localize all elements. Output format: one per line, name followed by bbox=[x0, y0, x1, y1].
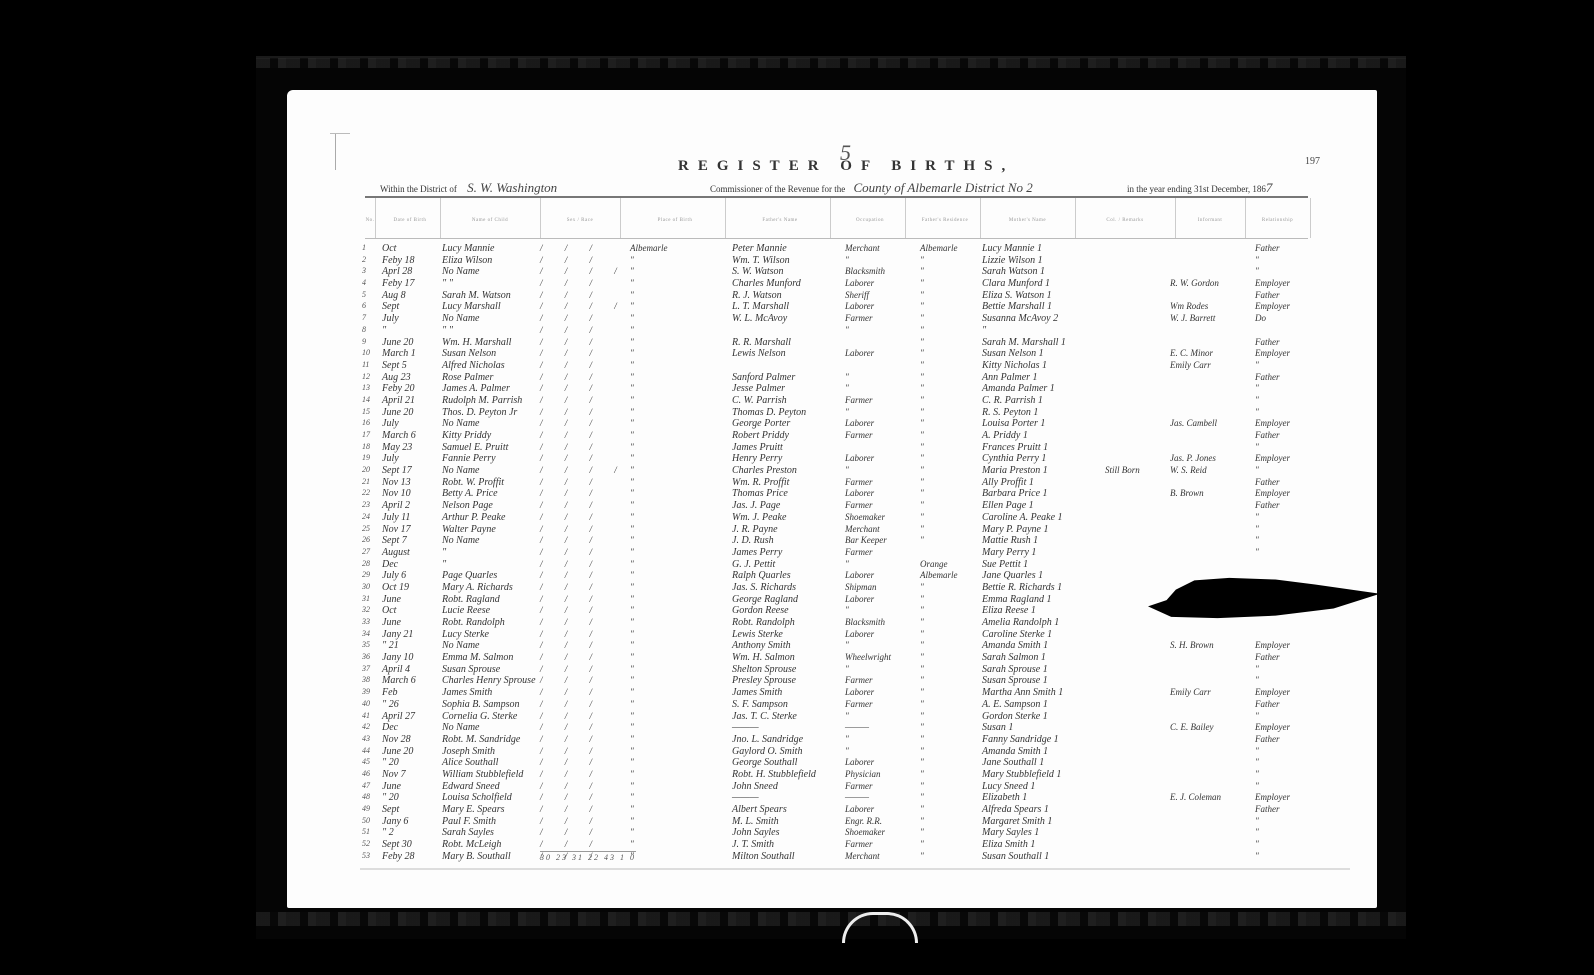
cell-father: L. T. Marshall bbox=[732, 301, 789, 312]
cell-mother: Amanda Palmer 1 bbox=[982, 383, 1055, 394]
cell-father: Ralph Quarles bbox=[732, 570, 791, 581]
cell-occ: Farmer bbox=[845, 839, 873, 849]
register-row: 41April 27Cornelia G. Sterke/ / /"Jas. T… bbox=[360, 711, 1320, 723]
cell-marks: / / / bbox=[540, 290, 602, 300]
register-row: 5Aug 8Sarah M. Watson/ / /"R. J. WatsonS… bbox=[360, 290, 1320, 302]
cell-place: Albemarle bbox=[630, 243, 668, 253]
cell-res: " bbox=[920, 500, 924, 510]
cell-res: " bbox=[920, 792, 924, 802]
cell-mother: Mary Stubblefield 1 bbox=[982, 769, 1061, 780]
cell-place: " bbox=[630, 500, 634, 510]
cell-occ: Blacksmith bbox=[845, 266, 885, 276]
cell-father: Robt. H. Stubblefield bbox=[732, 769, 816, 780]
cell-no: 51 bbox=[362, 827, 376, 836]
cell-res: " bbox=[920, 255, 924, 265]
cell-father: Jas. T. C. Sterke bbox=[732, 711, 797, 722]
cell-date: April 2 bbox=[382, 500, 410, 511]
cell-mother: Louisa Porter 1 bbox=[982, 418, 1045, 429]
cell-inf: E. J. Coleman bbox=[1170, 792, 1221, 802]
cell-no: 50 bbox=[362, 816, 376, 825]
cell-inf: Jas. Cambell bbox=[1170, 418, 1217, 428]
cell-mother: Frances Pruitt 1 bbox=[982, 442, 1048, 453]
scan-edge-noise-bottom bbox=[256, 912, 1406, 926]
cell-date: July bbox=[382, 418, 399, 429]
cell-no: 34 bbox=[362, 629, 376, 638]
cell-place: " bbox=[630, 266, 634, 276]
cell-occ: Shoemaker bbox=[845, 512, 885, 522]
cell-father: J. T. Smith bbox=[732, 839, 774, 850]
register-row: 39FebJames Smith/ / /"James SmithLaborer… bbox=[360, 687, 1320, 699]
cell-mother: " bbox=[982, 325, 986, 336]
cell-mother: Susan Sprouse 1 bbox=[982, 675, 1048, 686]
cell-occ: Laborer bbox=[845, 757, 874, 767]
cell-mother: Clara Munford 1 bbox=[982, 278, 1050, 289]
cell-res: " bbox=[920, 711, 924, 721]
cell-occ: Laborer bbox=[845, 418, 874, 428]
cell-marks: / / / bbox=[540, 734, 602, 744]
cell-res: " bbox=[920, 383, 924, 393]
cell-occ: Laborer bbox=[845, 348, 874, 358]
cell-res: " bbox=[920, 488, 924, 498]
cell-place: " bbox=[630, 675, 634, 685]
register-row: 35" 21No Name/ / /"Anthony Smith""Amanda… bbox=[360, 640, 1320, 652]
cell-no: 38 bbox=[362, 675, 376, 684]
cell-place: " bbox=[630, 418, 634, 428]
cell-no: 6 bbox=[362, 301, 376, 310]
cell-name: Betty A. Price bbox=[442, 488, 498, 499]
cell-marks: / / / bbox=[540, 243, 602, 253]
cell-inf: W. J. Barrett bbox=[1170, 313, 1215, 323]
commissioner-label: Commissioner of the Revenue for the Coun… bbox=[710, 180, 1033, 196]
cell-marks: / / / bbox=[540, 769, 602, 779]
cell-date: July bbox=[382, 453, 399, 464]
cell-marks: / / / bbox=[540, 559, 602, 569]
cell-name: Sophia B. Sampson bbox=[442, 699, 520, 710]
cell-name: No Name bbox=[442, 722, 480, 733]
district-label-text: Within the District of bbox=[380, 184, 457, 194]
cell-father: R. R. Marshall bbox=[732, 337, 791, 348]
cell-res: " bbox=[920, 769, 924, 779]
cell-res: " bbox=[920, 781, 924, 791]
cell-marks: / / / / bbox=[540, 266, 627, 276]
cell-occ: Laborer bbox=[845, 804, 874, 814]
cell-rel: Employer bbox=[1255, 640, 1290, 650]
register-row: 51" 2Sarah Sayles/ / /"John SaylesShoema… bbox=[360, 827, 1320, 839]
cell-name: Mary A. Richards bbox=[442, 582, 513, 593]
register-row: 16JulyNo Name/ / /"George PorterLaborer"… bbox=[360, 418, 1320, 430]
cell-name: Wm. H. Marshall bbox=[442, 337, 511, 348]
cell-marks: / / / bbox=[540, 781, 602, 791]
column-divider bbox=[905, 198, 906, 238]
cell-date: " bbox=[382, 325, 386, 336]
cell-rel: Father bbox=[1255, 500, 1280, 510]
cell-inf: R. W. Gordon bbox=[1170, 278, 1219, 288]
cell-rel: " bbox=[1255, 266, 1259, 276]
cell-place: " bbox=[630, 290, 634, 300]
cell-rel: Employer bbox=[1255, 792, 1290, 802]
cell-date: March 1 bbox=[382, 348, 416, 359]
cell-rel: Father bbox=[1255, 699, 1280, 709]
cell-occ: Laborer bbox=[845, 488, 874, 498]
cell-occ: " bbox=[845, 734, 849, 744]
cell-name: Edward Sneed bbox=[442, 781, 500, 792]
cell-mother: Sarah Salmon 1 bbox=[982, 652, 1046, 663]
register-row: 7JulyNo Name/ / /"W. L. McAvoyFarmer"Sus… bbox=[360, 313, 1320, 325]
cell-mother: Barbara Price 1 bbox=[982, 488, 1048, 499]
cell-name: No Name bbox=[442, 535, 480, 546]
cell-inf: Jas. P. Jones bbox=[1170, 453, 1216, 463]
cell-father: W. L. McAvoy bbox=[732, 313, 787, 324]
register-row: 49SeptMary E. Spears/ / /"Albert SpearsL… bbox=[360, 804, 1320, 816]
cell-rel: " bbox=[1255, 442, 1259, 452]
cell-name: Samuel E. Pruitt bbox=[442, 442, 508, 453]
cell-occ: " bbox=[845, 407, 849, 417]
cell-marks: / / / bbox=[540, 570, 602, 580]
cell-occ: Farmer bbox=[845, 477, 873, 487]
cell-marks: / / / / bbox=[540, 301, 627, 311]
cell-date: June 20 bbox=[382, 407, 413, 418]
cell-no: 22 bbox=[362, 488, 376, 497]
register-row: 37April 4Susan Sprouse/ / /"Shelton Spro… bbox=[360, 664, 1320, 676]
cell-father: R. J. Watson bbox=[732, 290, 782, 301]
register-row: 8"" "/ / /"""" bbox=[360, 325, 1320, 337]
cell-name: Sarah Sayles bbox=[442, 827, 494, 838]
cell-date: Nov 13 bbox=[382, 477, 411, 488]
cell-place: " bbox=[630, 278, 634, 288]
cell-father: J. D. Rush bbox=[732, 535, 774, 546]
cell-no: 43 bbox=[362, 734, 376, 743]
cell-place: " bbox=[630, 711, 634, 721]
cell-father: John Sneed bbox=[732, 781, 778, 792]
cell-father: ——— bbox=[732, 792, 759, 803]
cell-occ: Farmer bbox=[845, 699, 873, 709]
cell-marks: / / / bbox=[540, 757, 602, 767]
cell-name: Rudolph M. Parrish bbox=[442, 395, 522, 406]
cell-name: Sarah M. Watson bbox=[442, 290, 511, 301]
cell-name: Lucie Reese bbox=[442, 605, 490, 616]
cell-no: 19 bbox=[362, 453, 376, 462]
cell-name: Lucy Sterke bbox=[442, 629, 489, 640]
cell-occ: ——— bbox=[845, 722, 869, 732]
cell-occ: Farmer bbox=[845, 675, 873, 685]
cell-name: Alice Southall bbox=[442, 757, 498, 768]
cell-no: 20 bbox=[362, 465, 376, 474]
cell-father: Robt. Randolph bbox=[732, 617, 795, 628]
cell-occ: Farmer bbox=[845, 547, 873, 557]
cell-no: 32 bbox=[362, 605, 376, 614]
cell-date: June 20 bbox=[382, 337, 413, 348]
column-divider bbox=[375, 198, 376, 238]
cell-no: 10 bbox=[362, 348, 376, 357]
cell-marks: / / / bbox=[540, 313, 602, 323]
cell-place: " bbox=[630, 640, 634, 650]
cell-name: No Name bbox=[442, 465, 480, 476]
cell-no: 13 bbox=[362, 383, 376, 392]
cell-name: Susan Nelson bbox=[442, 348, 496, 359]
cell-occ: Farmer bbox=[845, 395, 873, 405]
cell-place: " bbox=[630, 488, 634, 498]
cell-res: " bbox=[920, 313, 924, 323]
register-row: 3Aprl 28No Name/ / / /"S. W. WatsonBlack… bbox=[360, 266, 1320, 278]
cell-occ: Sheriff bbox=[845, 290, 869, 300]
cell-marks: / / / bbox=[540, 839, 602, 849]
cell-marks: / / / bbox=[540, 453, 602, 463]
cell-father: Presley Sprouse bbox=[732, 675, 796, 686]
cell-mother: Lucy Sneed 1 bbox=[982, 781, 1035, 792]
footer-rule bbox=[360, 868, 1350, 870]
cell-date: Feby 17 bbox=[382, 278, 415, 289]
year-value: 7 bbox=[1266, 180, 1273, 195]
cell-father: Jas. J. Page bbox=[732, 500, 780, 511]
cell-date: Aug 23 bbox=[382, 372, 411, 383]
cell-occ: ——— bbox=[845, 792, 869, 802]
cell-date: Aug 8 bbox=[382, 290, 406, 301]
cell-res: " bbox=[920, 827, 924, 837]
cell-marks: / / / bbox=[540, 255, 602, 265]
cell-name: " " bbox=[442, 325, 453, 336]
cell-occ: Laborer bbox=[845, 687, 874, 697]
cell-date: Oct 19 bbox=[382, 582, 409, 593]
register-row: 1OctLucy Mannie/ / /AlbemarlePeter Manni… bbox=[360, 243, 1320, 255]
register-row: 34Jany 21Lucy Sterke/ / /"Lewis SterkeLa… bbox=[360, 629, 1320, 641]
cell-no: 8 bbox=[362, 325, 376, 334]
cell-place: " bbox=[630, 804, 634, 814]
column-header: Date of Birth bbox=[380, 203, 440, 237]
cell-mother: Eliza Reese 1 bbox=[982, 605, 1036, 616]
cell-father: Jesse Palmer bbox=[732, 383, 785, 394]
column-header: Relationship bbox=[1245, 203, 1310, 237]
cell-res: " bbox=[920, 430, 924, 440]
cell-rel: " bbox=[1255, 839, 1259, 849]
cell-res: " bbox=[920, 722, 924, 732]
cell-res: " bbox=[920, 640, 924, 650]
cell-place: " bbox=[630, 313, 634, 323]
cell-name: Thos. D. Peyton Jr bbox=[442, 407, 517, 418]
register-row: 52Sept 30Robt. McLeigh/ / /"J. T. SmithF… bbox=[360, 839, 1320, 851]
cell-place: " bbox=[630, 372, 634, 382]
cell-date: " 20 bbox=[382, 792, 399, 803]
cell-date: Feby 28 bbox=[382, 851, 415, 862]
cell-date: April 27 bbox=[382, 711, 415, 722]
cell-occ: Wheelwright bbox=[845, 652, 891, 662]
cell-date: Jany 6 bbox=[382, 816, 408, 827]
cell-name: No Name bbox=[442, 418, 480, 429]
cell-res: " bbox=[920, 442, 924, 452]
cell-marks: / / / bbox=[540, 535, 602, 545]
cell-res: " bbox=[920, 605, 924, 615]
register-row: 28Dec"/ / /"G. J. Pettit"OrangeSue Petti… bbox=[360, 559, 1320, 571]
cell-occ: " bbox=[845, 605, 849, 615]
cell-rel: Employer bbox=[1255, 453, 1290, 463]
cell-rel: Father bbox=[1255, 652, 1280, 662]
cell-res: " bbox=[920, 477, 924, 487]
cell-date: " 26 bbox=[382, 699, 399, 710]
cell-father: James Pruitt bbox=[732, 442, 783, 453]
cell-place: " bbox=[630, 839, 634, 849]
column-header: Name of Child bbox=[440, 203, 540, 237]
cell-no: 9 bbox=[362, 337, 376, 346]
cell-place: " bbox=[630, 652, 634, 662]
column-divider bbox=[1310, 198, 1311, 238]
register-row: 2Feby 18Eliza Wilson/ / /"Wm. T. Wilson"… bbox=[360, 255, 1320, 267]
column-header: Sex / Race bbox=[540, 203, 620, 237]
register-row: 50Jany 6Paul F. Smith/ / /"M. L. SmithEn… bbox=[360, 816, 1320, 828]
cell-name: Alfred Nicholas bbox=[442, 360, 505, 371]
cell-date: Oct bbox=[382, 243, 396, 254]
cell-father: Wm. R. Proffit bbox=[732, 477, 789, 488]
cell-marks: / / / bbox=[540, 711, 602, 721]
cell-mother: Margaret Smith 1 bbox=[982, 816, 1052, 827]
cell-name: Robt. Randolph bbox=[442, 617, 505, 628]
cell-place: " bbox=[630, 383, 634, 393]
cell-marks: / / / bbox=[540, 337, 602, 347]
cell-date: Sept 17 bbox=[382, 465, 412, 476]
register-row: 29July 6Page Quarles/ / /"Ralph QuarlesL… bbox=[360, 570, 1320, 582]
header-rule-lower bbox=[365, 238, 1308, 239]
cell-place: " bbox=[630, 547, 634, 557]
cell-mother: A. E. Sampson 1 bbox=[982, 699, 1048, 710]
cell-occ: Laborer bbox=[845, 570, 874, 580]
cell-no: 44 bbox=[362, 746, 376, 755]
register-row: 21Nov 13Robt. W. Proffit/ / /"Wm. R. Pro… bbox=[360, 477, 1320, 489]
cell-name: Charles Henry Sprouse bbox=[442, 675, 536, 686]
cell-rel: Do bbox=[1255, 313, 1266, 323]
cell-no: 1 bbox=[362, 243, 376, 252]
cell-place: " bbox=[630, 325, 634, 335]
district-value: S. W. Washington bbox=[467, 180, 557, 195]
cell-occ: " bbox=[845, 640, 849, 650]
cell-rel: " bbox=[1255, 512, 1259, 522]
register-row: 12Aug 23Rose Palmer/ / /"Sanford Palmer"… bbox=[360, 372, 1320, 384]
cell-no: 21 bbox=[362, 477, 376, 486]
cell-father: S. W. Watson bbox=[732, 266, 784, 277]
cell-mother: Amanda Smith 1 bbox=[982, 640, 1048, 651]
cell-res: " bbox=[920, 816, 924, 826]
cell-place: " bbox=[630, 512, 634, 522]
cell-mother: Susanna McAvoy 2 bbox=[982, 313, 1058, 324]
cell-marks: / / / bbox=[540, 629, 602, 639]
scan-edge-noise-top bbox=[256, 58, 1406, 68]
cell-father: Peter Mannie bbox=[732, 243, 787, 254]
cell-no: 12 bbox=[362, 372, 376, 381]
cell-occ: Farmer bbox=[845, 500, 873, 510]
cell-place: " bbox=[630, 781, 634, 791]
cell-rel: " bbox=[1255, 465, 1259, 475]
cell-mother: Lucy Mannie 1 bbox=[982, 243, 1042, 254]
cell-place: " bbox=[630, 605, 634, 615]
register-row: 44June 20Joseph Smith/ / /"Gaylord O. Sm… bbox=[360, 746, 1320, 758]
cell-rel: " bbox=[1255, 769, 1259, 779]
cell-place: " bbox=[630, 360, 634, 370]
register-row: 10March 1Susan Nelson/ / /"Lewis NelsonL… bbox=[360, 348, 1320, 360]
cell-date: Sept 7 bbox=[382, 535, 407, 546]
cell-place: " bbox=[630, 617, 634, 627]
cell-name: Page Quarles bbox=[442, 570, 497, 581]
cell-no: 45 bbox=[362, 757, 376, 766]
cell-father: Charles Munford bbox=[732, 278, 801, 289]
cell-rel: " bbox=[1255, 383, 1259, 393]
cell-occ: " bbox=[845, 746, 849, 756]
cell-date: Sept 5 bbox=[382, 360, 407, 371]
cell-father: George Southall bbox=[732, 757, 797, 768]
cell-rel: Employer bbox=[1255, 278, 1290, 288]
cell-occ: Farmer bbox=[845, 781, 873, 791]
cell-place: " bbox=[630, 442, 634, 452]
cell-name: Rose Palmer bbox=[442, 372, 493, 383]
cell-date: Feby 18 bbox=[382, 255, 415, 266]
cell-place: " bbox=[630, 594, 634, 604]
cell-rel: Employer bbox=[1255, 687, 1290, 697]
cell-mother: R. S. Peyton 1 bbox=[982, 407, 1038, 418]
cell-name: James A. Palmer bbox=[442, 383, 510, 394]
cell-place: " bbox=[630, 453, 634, 463]
cell-marks: / / / bbox=[540, 348, 602, 358]
cell-mother: Susan Nelson 1 bbox=[982, 348, 1044, 359]
register-rows: 1OctLucy Mannie/ / /AlbemarlePeter Manni… bbox=[360, 243, 1320, 862]
cell-place: " bbox=[630, 337, 634, 347]
cell-father: Jno. L. Sandridge bbox=[732, 734, 803, 745]
cell-father: Lewis Sterke bbox=[732, 629, 783, 640]
cell-place: " bbox=[630, 687, 634, 697]
cell-res: " bbox=[920, 746, 924, 756]
cell-marks: / / / bbox=[540, 827, 602, 837]
cell-name: Robt. M. Sandridge bbox=[442, 734, 520, 745]
cell-res: Orange bbox=[920, 559, 948, 569]
cell-occ: Merchant bbox=[845, 524, 880, 534]
cell-mother: Mattie Rush 1 bbox=[982, 535, 1038, 546]
cell-father: George Porter bbox=[732, 418, 790, 429]
cell-mother: Mary Perry 1 bbox=[982, 547, 1036, 558]
register-row: 14April 21Rudolph M. Parrish/ / /"C. W. … bbox=[360, 395, 1320, 407]
cell-name: James Smith bbox=[442, 687, 492, 698]
cell-no: 36 bbox=[362, 652, 376, 661]
register-row: 9June 20Wm. H. Marshall/ / /"R. R. Marsh… bbox=[360, 337, 1320, 349]
cell-name: William Stubblefield bbox=[442, 769, 523, 780]
cell-mother: Jane Southall 1 bbox=[982, 757, 1044, 768]
cell-res: " bbox=[920, 675, 924, 685]
cell-father: George Ragland bbox=[732, 594, 798, 605]
cell-rel: Father bbox=[1255, 734, 1280, 744]
cell-father: Henry Perry bbox=[732, 453, 782, 464]
register-row: 45" 20Alice Southall/ / /"George Southal… bbox=[360, 757, 1320, 769]
cell-father: James Perry bbox=[732, 547, 782, 558]
cell-name: No Name bbox=[442, 640, 480, 651]
cell-date: Nov 7 bbox=[382, 769, 406, 780]
cell-no: 24 bbox=[362, 512, 376, 521]
register-row: 19JulyFannie Perry/ / /"Henry PerryLabor… bbox=[360, 453, 1320, 465]
cell-marks: / / / bbox=[540, 278, 602, 288]
register-row: 18May 23Samuel E. Pruitt/ / /"James Prui… bbox=[360, 442, 1320, 454]
cell-no: 28 bbox=[362, 559, 376, 568]
column-header: Place of Birth bbox=[625, 203, 725, 237]
cell-date: March 6 bbox=[382, 430, 416, 441]
cell-mother: Caroline Sterke 1 bbox=[982, 629, 1052, 640]
cell-date: " 20 bbox=[382, 757, 399, 768]
register-row: 47JuneEdward Sneed/ / /"John SneedFarmer… bbox=[360, 781, 1320, 793]
cell-no: 47 bbox=[362, 781, 376, 790]
cell-no: 18 bbox=[362, 442, 376, 451]
cell-no: 7 bbox=[362, 313, 376, 322]
cell-date: Oct bbox=[382, 605, 396, 616]
cell-place: " bbox=[630, 792, 634, 802]
cell-res: " bbox=[920, 325, 924, 335]
cell-res: " bbox=[920, 524, 924, 534]
cell-father: J. R. Payne bbox=[732, 524, 778, 535]
cell-marks: / / / bbox=[540, 652, 602, 662]
register-row: 23April 2Nelson Page/ / /"Jas. J. PageFa… bbox=[360, 500, 1320, 512]
cell-res: " bbox=[920, 348, 924, 358]
cell-mother: Amelia Randolph 1 bbox=[982, 617, 1059, 628]
